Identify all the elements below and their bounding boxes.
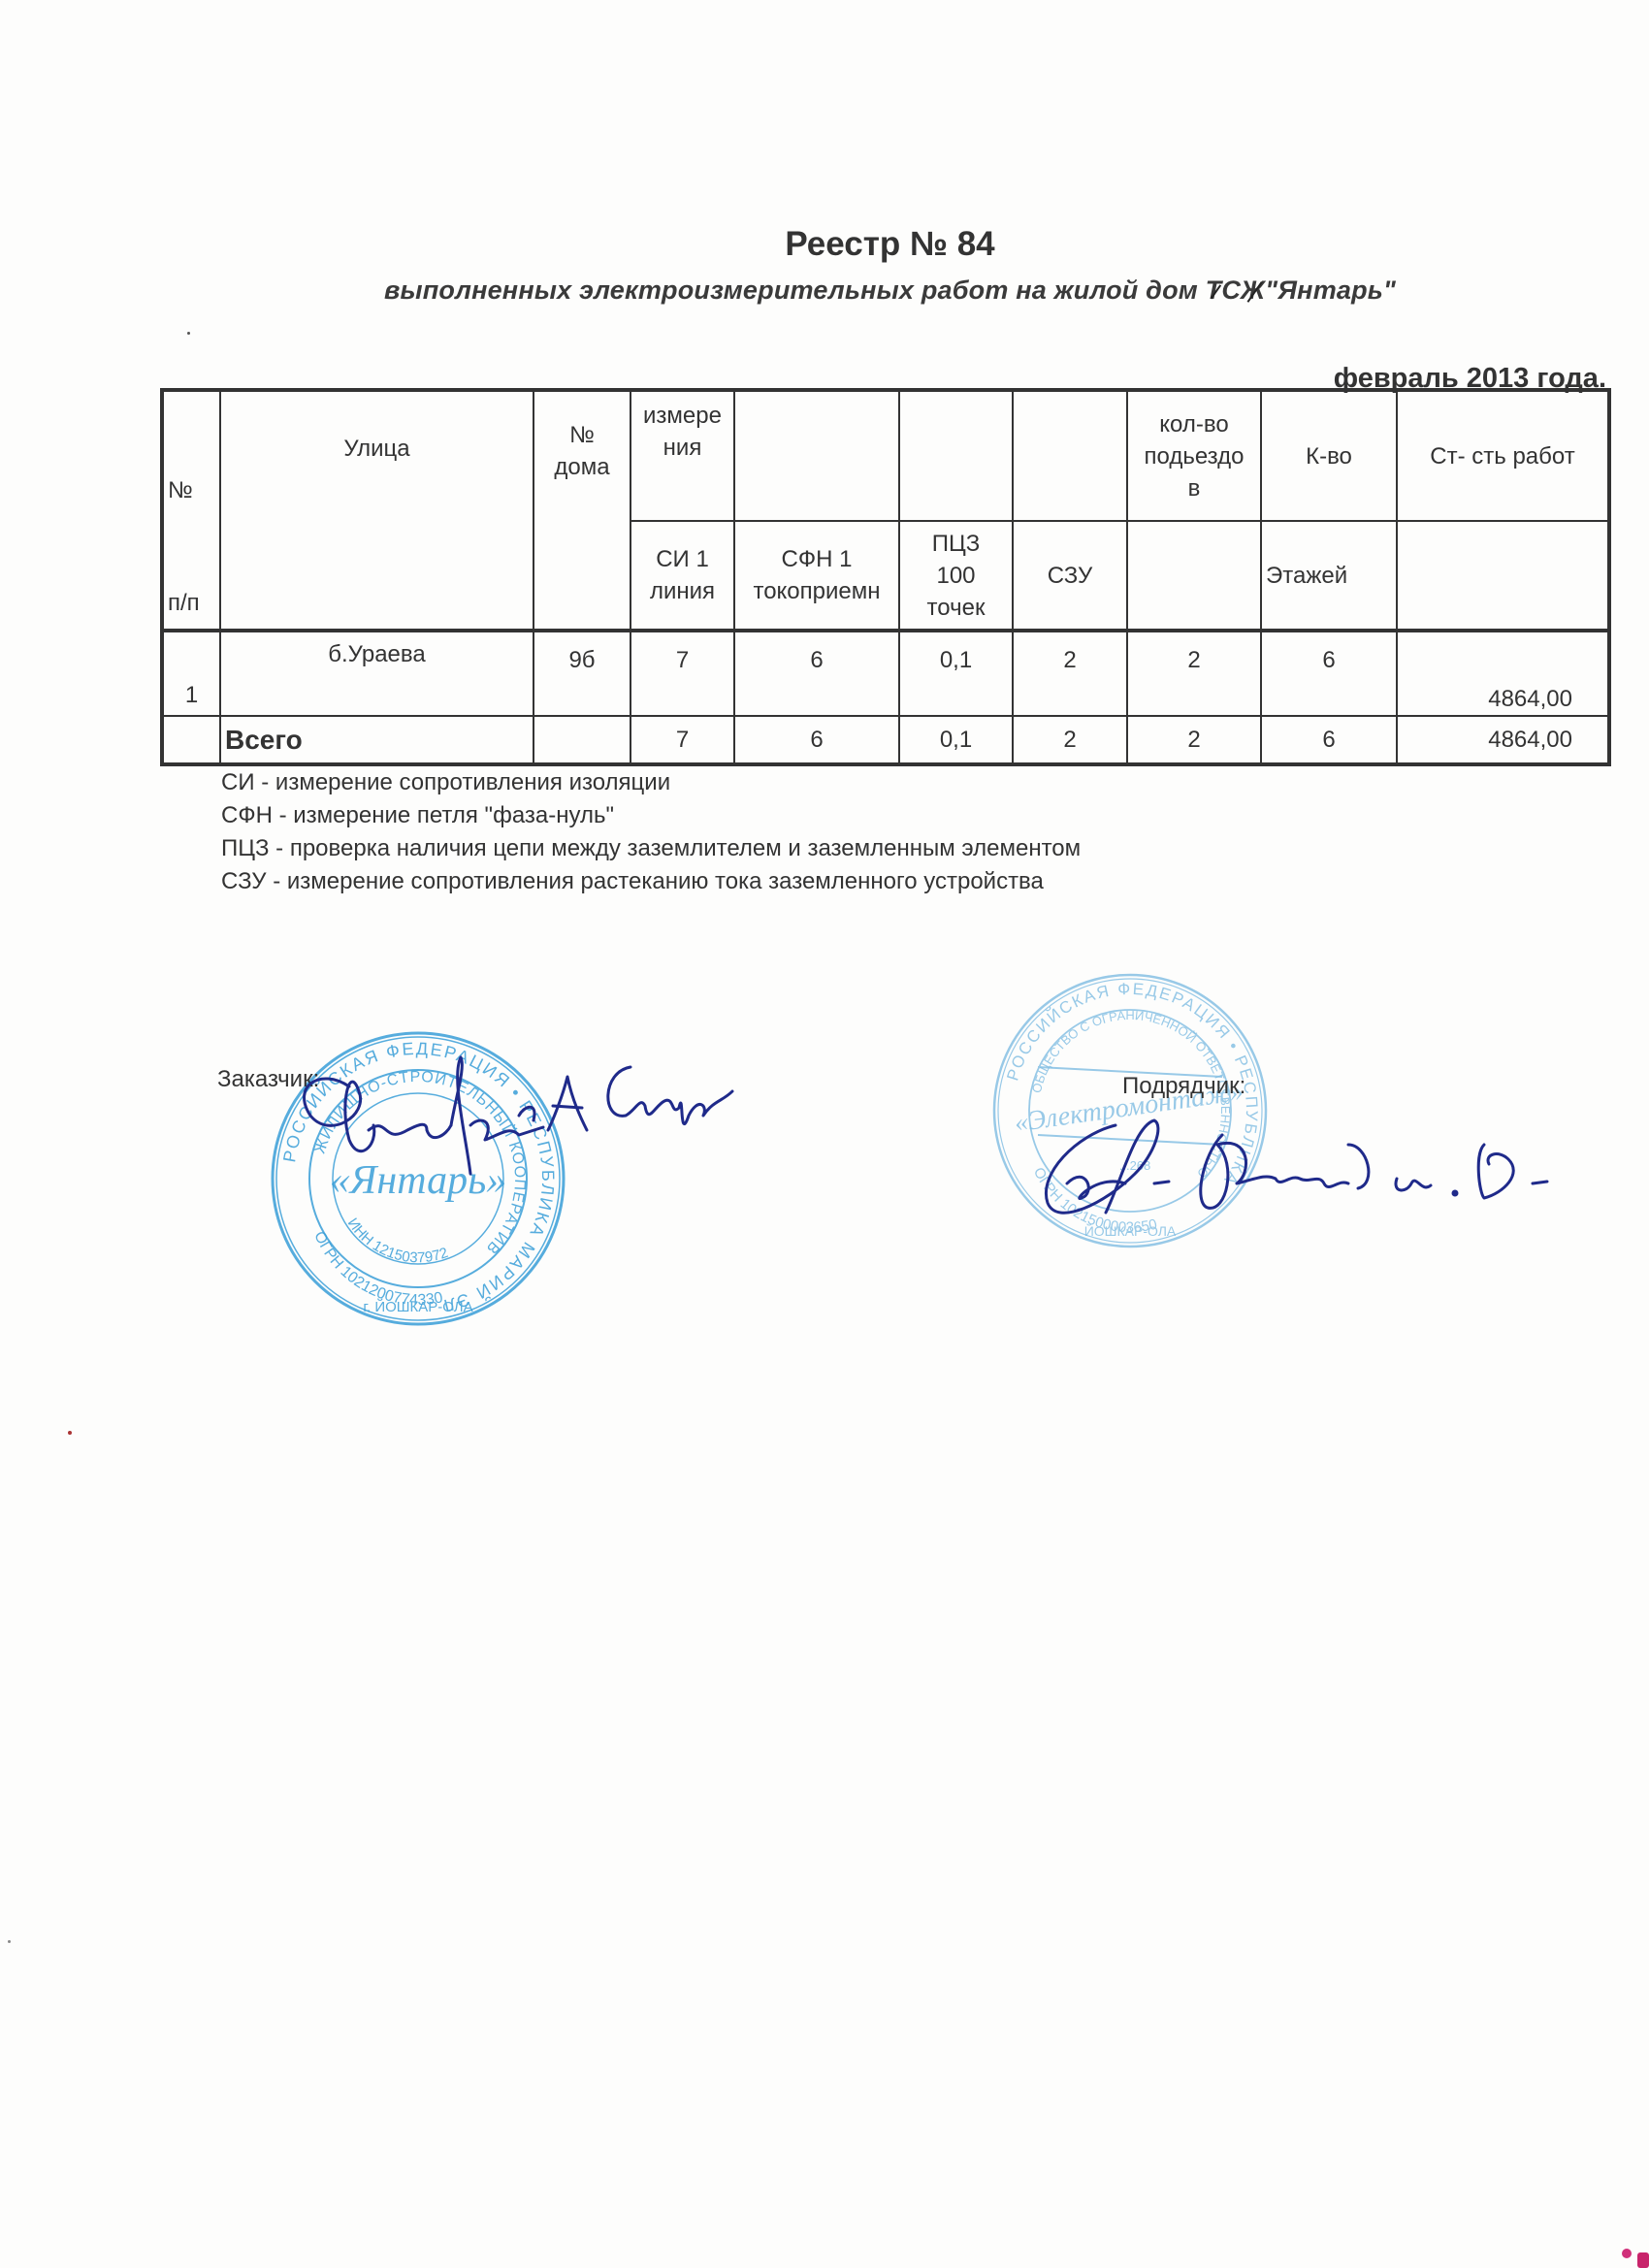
header-pcz-line3: точек (900, 592, 1012, 624)
legend-item: СФН - измерение петля "фаза-нуль" (221, 799, 1081, 832)
header-sfn: СФН 1 токоприемн (734, 521, 899, 631)
header-entrances: кол-во подьездо в (1127, 390, 1261, 521)
legend-item: СЗУ - измерение сопротивления растеканию… (221, 865, 1081, 898)
header-sfn-line1: СФН 1 (735, 543, 898, 575)
total-house (533, 716, 630, 764)
header-house: № дома (533, 390, 630, 631)
total-floors: 6 (1261, 716, 1397, 764)
contractor-label: Подрядчик: (1122, 1073, 1245, 1100)
legend-item: СИ - измерение сопротивления изоляции (221, 766, 1081, 799)
header-entrances-line2: подьездо (1128, 440, 1260, 472)
header-entrances-line3: в (1128, 472, 1260, 504)
subtitle-suffix: "Янтарь" (1265, 275, 1396, 305)
total-szu: 2 (1013, 716, 1127, 764)
customer-stamp-inn: ИНН 1215037972 (344, 1215, 450, 1267)
document-subtitle: выполненных электроизмерительных работ н… (0, 275, 1649, 306)
header-empty-2 (899, 390, 1013, 521)
total-si: 7 (630, 716, 734, 764)
cell-si: 7 (630, 631, 734, 716)
header-measure: измере ния (630, 390, 734, 521)
header-si-line1: СИ 1 (631, 543, 733, 575)
cell-szu: 2 (1013, 631, 1127, 716)
header-si: СИ 1 линия (630, 521, 734, 631)
cell-street: б.Ураева (220, 631, 533, 716)
table-total-row: Всего 7 6 0,1 2 2 6 4864,00 (162, 716, 1609, 764)
total-entrances: 2 (1127, 716, 1261, 764)
total-index-empty (162, 716, 220, 764)
abbreviations-legend: СИ - измерение сопротивления изоляции СФ… (221, 766, 1081, 898)
header-entrances-line1: кол-во (1128, 408, 1260, 440)
subtitle-prefix: выполненных электроизмерительных работ н… (384, 275, 1206, 305)
header-measure-line2: ния (631, 432, 733, 464)
svg-text:ИНН 1215037972: ИНН 1215037972 (344, 1215, 450, 1267)
cell-sfn: 6 (734, 631, 899, 716)
header-si-line2: линия (631, 575, 733, 607)
header-pcz-line1: ПЦЗ (900, 528, 1012, 560)
header-empty-4 (1127, 521, 1261, 631)
scan-speck (1622, 2249, 1632, 2258)
header-street: Улица (220, 390, 533, 631)
total-label: Всего (220, 716, 533, 764)
header-npp-bottom: п/п (168, 587, 200, 619)
cell-entrances: 2 (1127, 631, 1261, 716)
cell-pcz: 0,1 (899, 631, 1013, 716)
table-row: 1 б.Ураева 9б 7 6 0,1 2 2 6 4864,00 (162, 631, 1609, 716)
total-cost: 4864,00 (1397, 716, 1609, 764)
header-pcz: ПЦЗ 100 точек (899, 521, 1013, 631)
cell-cost: 4864,00 (1397, 631, 1609, 716)
header-floors: Этажей (1261, 521, 1397, 631)
customer-signature (291, 1048, 747, 1198)
header-house-line1: № (534, 419, 630, 451)
document-title: Реестр № 84 (0, 225, 1649, 264)
header-count: К-во (1261, 390, 1397, 521)
total-pcz: 0,1 (899, 716, 1013, 764)
total-sfn: 6 (734, 716, 899, 764)
header-cost: Ст- сть работ (1397, 390, 1609, 521)
header-empty-3 (1013, 390, 1127, 521)
header-empty-1 (734, 390, 899, 521)
table-header-row-1: № п/п Улица № дома измере ния кол-во под… (162, 390, 1609, 521)
header-npp: № п/п (162, 390, 220, 631)
cell-house: 9б (533, 631, 630, 716)
scan-speck (1637, 2252, 1649, 2268)
customer-stamp-city: г. ЙОШКАР-ОЛА (363, 1298, 472, 1315)
contractor-signature (1028, 1106, 1571, 1237)
subtitle-mid-letter: С (1221, 275, 1241, 305)
cell-floors: 6 (1261, 631, 1397, 716)
header-house-line2: дома (534, 451, 630, 483)
legend-item: ПЦЗ - проверка наличия цепи между заземл… (221, 832, 1081, 865)
cell-index: 1 (162, 631, 220, 716)
header-pcz-line2: 100 (900, 560, 1012, 592)
header-empty-5 (1397, 521, 1609, 631)
subtitle-struck-letter: Т (1206, 275, 1222, 306)
works-register-table: № п/п Улица № дома измере ния кол-во под… (160, 388, 1611, 766)
scan-speck (68, 1431, 72, 1435)
scan-speck (187, 332, 190, 335)
subtitle-struck-letter-2: Ж (1241, 275, 1265, 306)
header-measure-line1: измере (631, 400, 733, 432)
scan-speck (8, 1940, 11, 1943)
header-szu: СЗУ (1013, 521, 1127, 631)
header-npp-top: № (168, 474, 193, 506)
header-sfn-line2: токоприемн (735, 575, 898, 607)
